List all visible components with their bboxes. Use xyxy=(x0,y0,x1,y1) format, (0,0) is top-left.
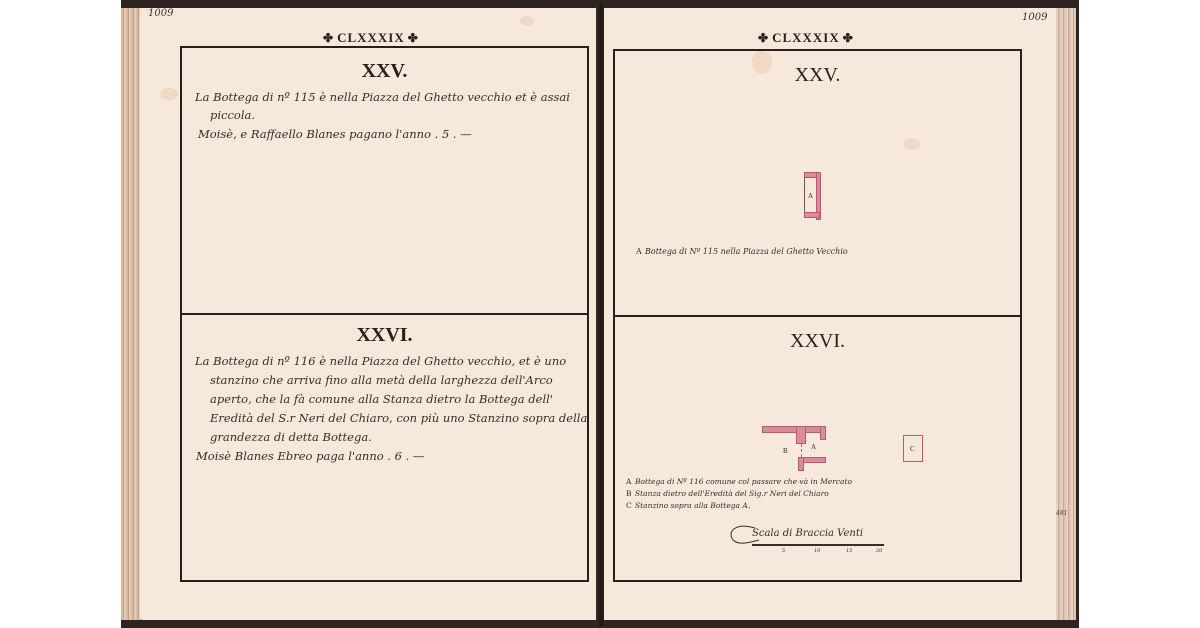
left-page-header: ✤CLXXXIX✤ xyxy=(320,30,422,46)
paper-stain xyxy=(160,88,178,100)
scale-tick: 10 xyxy=(814,548,820,554)
text-line: stanzino che arriva fino alla metà della… xyxy=(210,371,553,390)
scale-tick: 15 xyxy=(846,548,852,554)
right-header-numeral: CLXXXIX xyxy=(772,30,840,45)
plan-label-b: B xyxy=(783,447,788,455)
right-frame-divider xyxy=(613,315,1022,317)
text-line: grandezza di detta Bottega. xyxy=(210,428,372,447)
text-line: La Bottega di nº 115 è nella Piazza del … xyxy=(195,88,570,107)
plan-legend-item: CStanzino sopra alla Bottega A. xyxy=(626,500,852,512)
plan-legend-item: ABottega di Nº 116 comune col passare ch… xyxy=(626,476,852,488)
plan-label-c: C xyxy=(910,445,915,453)
paper-stain xyxy=(520,16,534,26)
text-line: Moisè, e Raffaello Blanes pagano l'anno … xyxy=(198,125,472,144)
fleuron-ornament-icon: ✤ xyxy=(405,31,422,45)
left-page-edges xyxy=(121,8,141,620)
left-frame-divider xyxy=(180,313,589,315)
plan-label-a: A xyxy=(808,192,813,200)
right-page-header: ✤CLXXXIX✤ xyxy=(755,30,857,46)
plan-legend-item: ABottega di Nº 115 nella Piazza del Ghet… xyxy=(636,246,848,258)
scale-title: Scala di Braccia Venti xyxy=(752,528,863,539)
text-line: La Bottega di nº 116 è nella Piazza del … xyxy=(195,352,566,371)
scale-tick: 20 xyxy=(876,548,882,554)
plan-legend: ABottega di Nº 116 comune col passare ch… xyxy=(626,476,852,512)
section-numeral-xxv: XXV. xyxy=(180,60,589,83)
text-line: Eredità del S.r Neri del Chiaro, con più… xyxy=(210,409,587,428)
plan-label-a: A xyxy=(811,443,816,451)
fleuron-ornament-icon: ✤ xyxy=(755,31,772,45)
text-line: piccola. xyxy=(210,106,255,125)
plan-numeral-xxvi: XXVI. xyxy=(613,330,1022,353)
plan-numeral-xxv: XXV. xyxy=(613,64,1022,87)
right-page-edges xyxy=(1056,8,1076,620)
plan-legend-item: BStanza dietro dell'Eredità del Sig.r Ne… xyxy=(626,488,852,500)
text-line: Moisè Blanes Ebreo paga l'anno . 6 . — xyxy=(196,447,424,466)
scale-tick: 5 xyxy=(782,548,785,554)
section-numeral-xxvi: XXVI. xyxy=(180,324,589,347)
left-header-numeral: CLXXXIX xyxy=(337,30,405,45)
right-folio-mark: 1009 xyxy=(1022,12,1047,23)
scale-bar xyxy=(752,544,884,546)
fleuron-ornament-icon: ✤ xyxy=(840,31,857,45)
text-line: aperto, che la fà comune alla Stanza die… xyxy=(210,390,553,409)
left-folio-mark: 1009 xyxy=(148,8,173,19)
margin-mark: 481 xyxy=(1056,510,1067,517)
fleuron-ornament-icon: ✤ xyxy=(320,31,337,45)
